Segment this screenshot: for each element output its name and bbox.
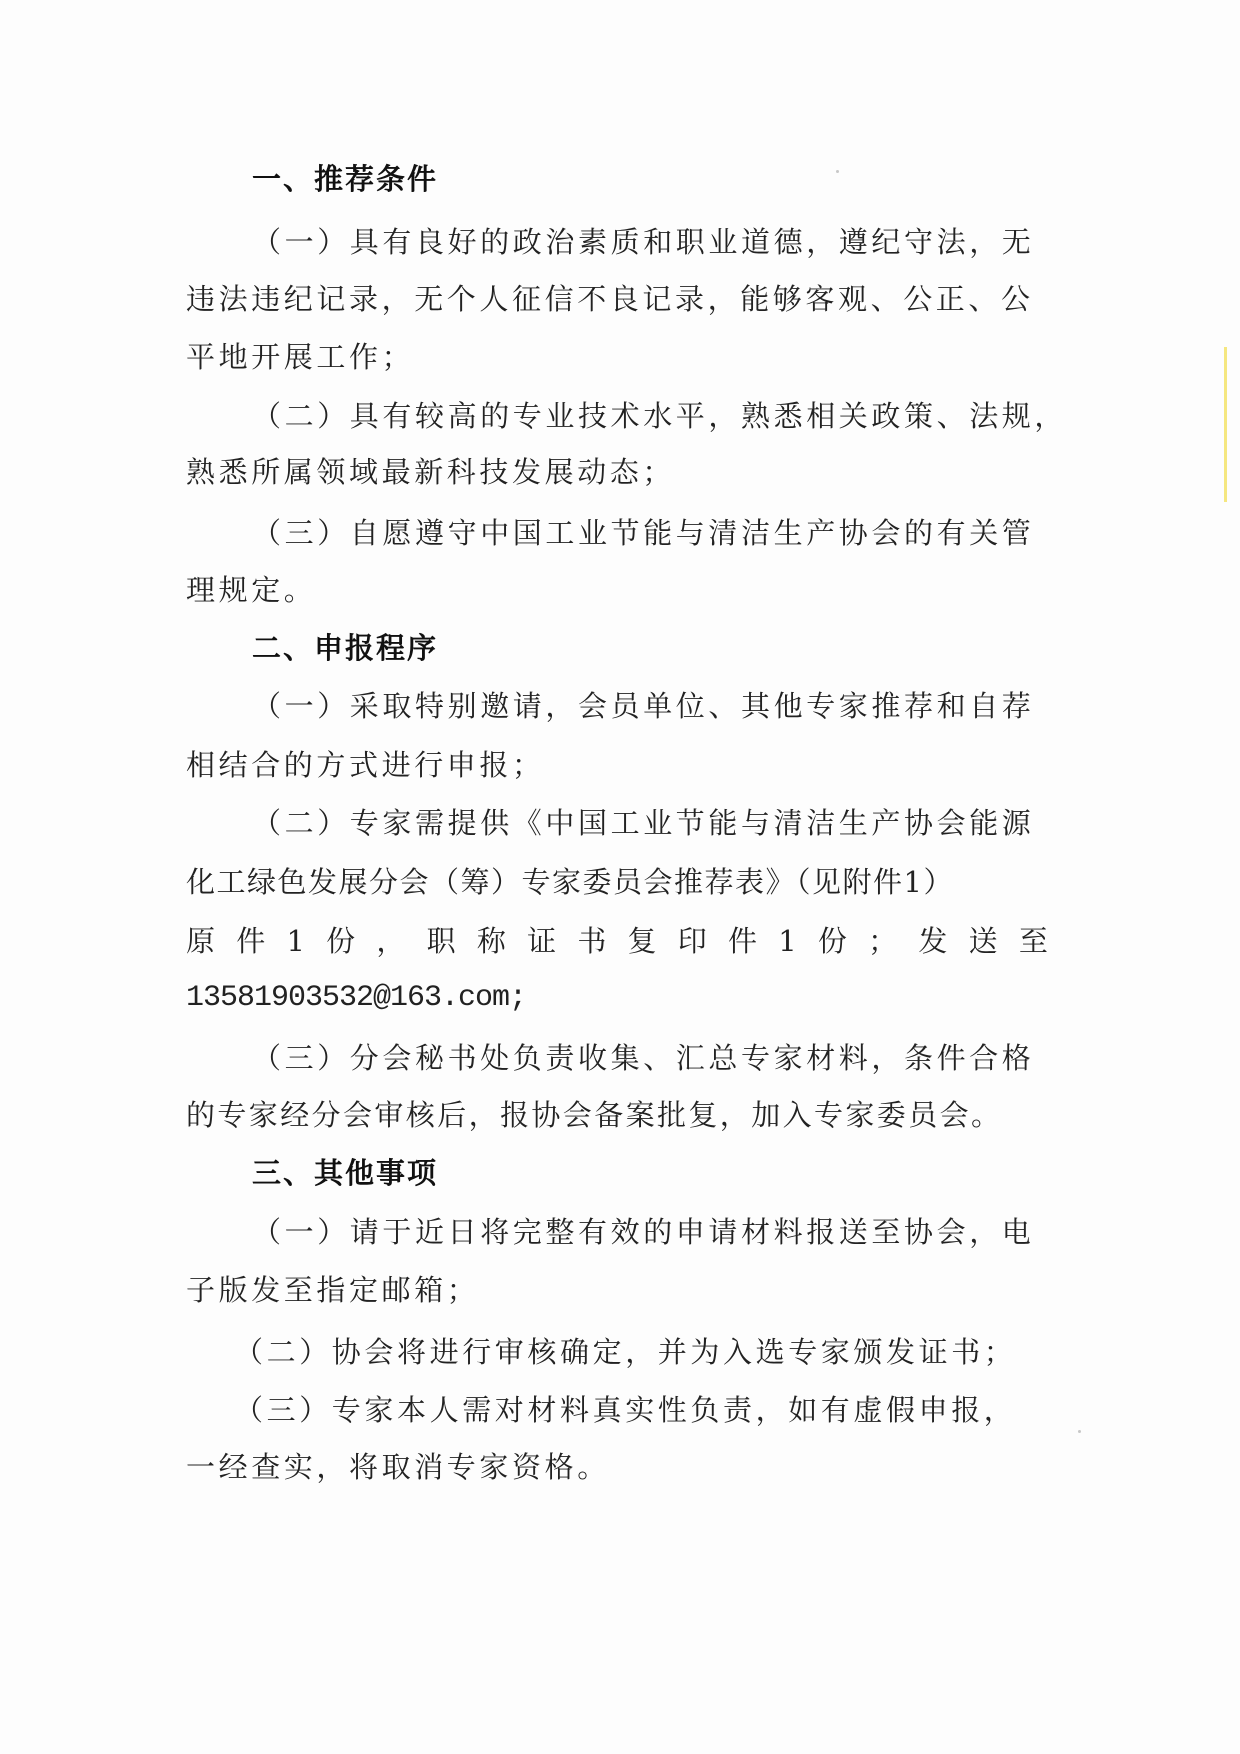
justified-token: 原 — [186, 921, 215, 961]
paragraph-line: （三）分会秘书处负责收集、汇总专家材料，条件合格 — [252, 1038, 1048, 1078]
paragraph-line: （二）具有较高的专业技术水平，熟悉相关政策、法规， — [252, 396, 1048, 436]
yellow-margin-mark — [1224, 347, 1227, 502]
section-heading-recommendation-criteria: 一、推荐条件 — [252, 159, 1048, 199]
justified-token: 发 — [918, 921, 947, 961]
justified-token: 至 — [1019, 921, 1048, 961]
paragraph-line: 理规定。 — [186, 570, 1048, 610]
justified-token: 1 — [778, 921, 796, 961]
justified-token: 证 — [527, 921, 556, 961]
section-heading-application-procedure: 二、申报程序 — [252, 628, 1048, 668]
paragraph-line: 平地开展工作； — [186, 337, 1048, 377]
justified-token: 职 — [427, 921, 456, 961]
email-address: 13581903532@163.com; — [186, 978, 1048, 1018]
paragraph-line: （二）专家需提供《中国工业节能与清洁生产协会能源 — [252, 803, 1048, 843]
paragraph-line: （三）专家本人需对材料真实性负责，如有虚假申报， — [234, 1390, 1048, 1430]
paragraph-line: 熟悉所属领域最新科技发展动态； — [186, 452, 1048, 492]
document-page: 一、推荐条件 （一）具有良好的政治素质和职业道德，遵纪守法，无 违法违纪记录，无… — [0, 0, 1240, 1754]
paragraph-line: 化工绿色发展分会（筹）专家委员会推荐表》（见附件1） — [186, 862, 1048, 902]
paragraph-line: 一经查实，将取消专家资格。 — [186, 1447, 1048, 1487]
paragraph-line: （二）协会将进行审核确定，并为入选专家颁发证书； — [234, 1332, 1048, 1372]
paragraph-line: （一）采取特别邀请，会员单位、其他专家推荐和自荐 — [252, 686, 1048, 726]
paragraph-line: （三）自愿遵守中国工业节能与清洁生产协会的有关管 — [252, 513, 1048, 553]
paragraph-line: 子版发至指定邮箱； — [186, 1270, 1048, 1310]
justified-token: 称 — [477, 921, 506, 961]
justified-token: 送 — [969, 921, 998, 961]
paragraph-line: 相结合的方式进行申报； — [186, 745, 1048, 785]
paragraph-line: 的专家经分会审核后，报协会备案批复，加入专家委员会。 — [186, 1095, 1048, 1135]
justified-token: 份 — [326, 921, 355, 961]
justified-token: 书 — [577, 921, 606, 961]
justified-token: 1 — [286, 921, 304, 961]
paragraph-line-justified: 原 件 1 份 ， 职 称 证 书 复 印 件 1 份 ； 发 送 至 — [186, 921, 1048, 961]
justified-token: ； — [868, 921, 897, 961]
scan-speck — [1078, 1430, 1081, 1433]
justified-token: 印 — [678, 921, 707, 961]
justified-token: 件 — [236, 921, 265, 961]
section-heading-other-matters: 三、其他事项 — [252, 1153, 1048, 1193]
paragraph-line: （一）具有良好的政治素质和职业道德，遵纪守法，无 — [252, 222, 1048, 262]
justified-token: ， — [376, 921, 405, 961]
justified-token: 复 — [628, 921, 657, 961]
justified-token: 件 — [728, 921, 757, 961]
justified-token: 份 — [818, 921, 847, 961]
paragraph-line: 违法违纪记录，无个人征信不良记录，能够客观、公正、公 — [186, 279, 1048, 319]
paragraph-line: （一）请于近日将完整有效的申请材料报送至协会，电 — [252, 1212, 1048, 1252]
